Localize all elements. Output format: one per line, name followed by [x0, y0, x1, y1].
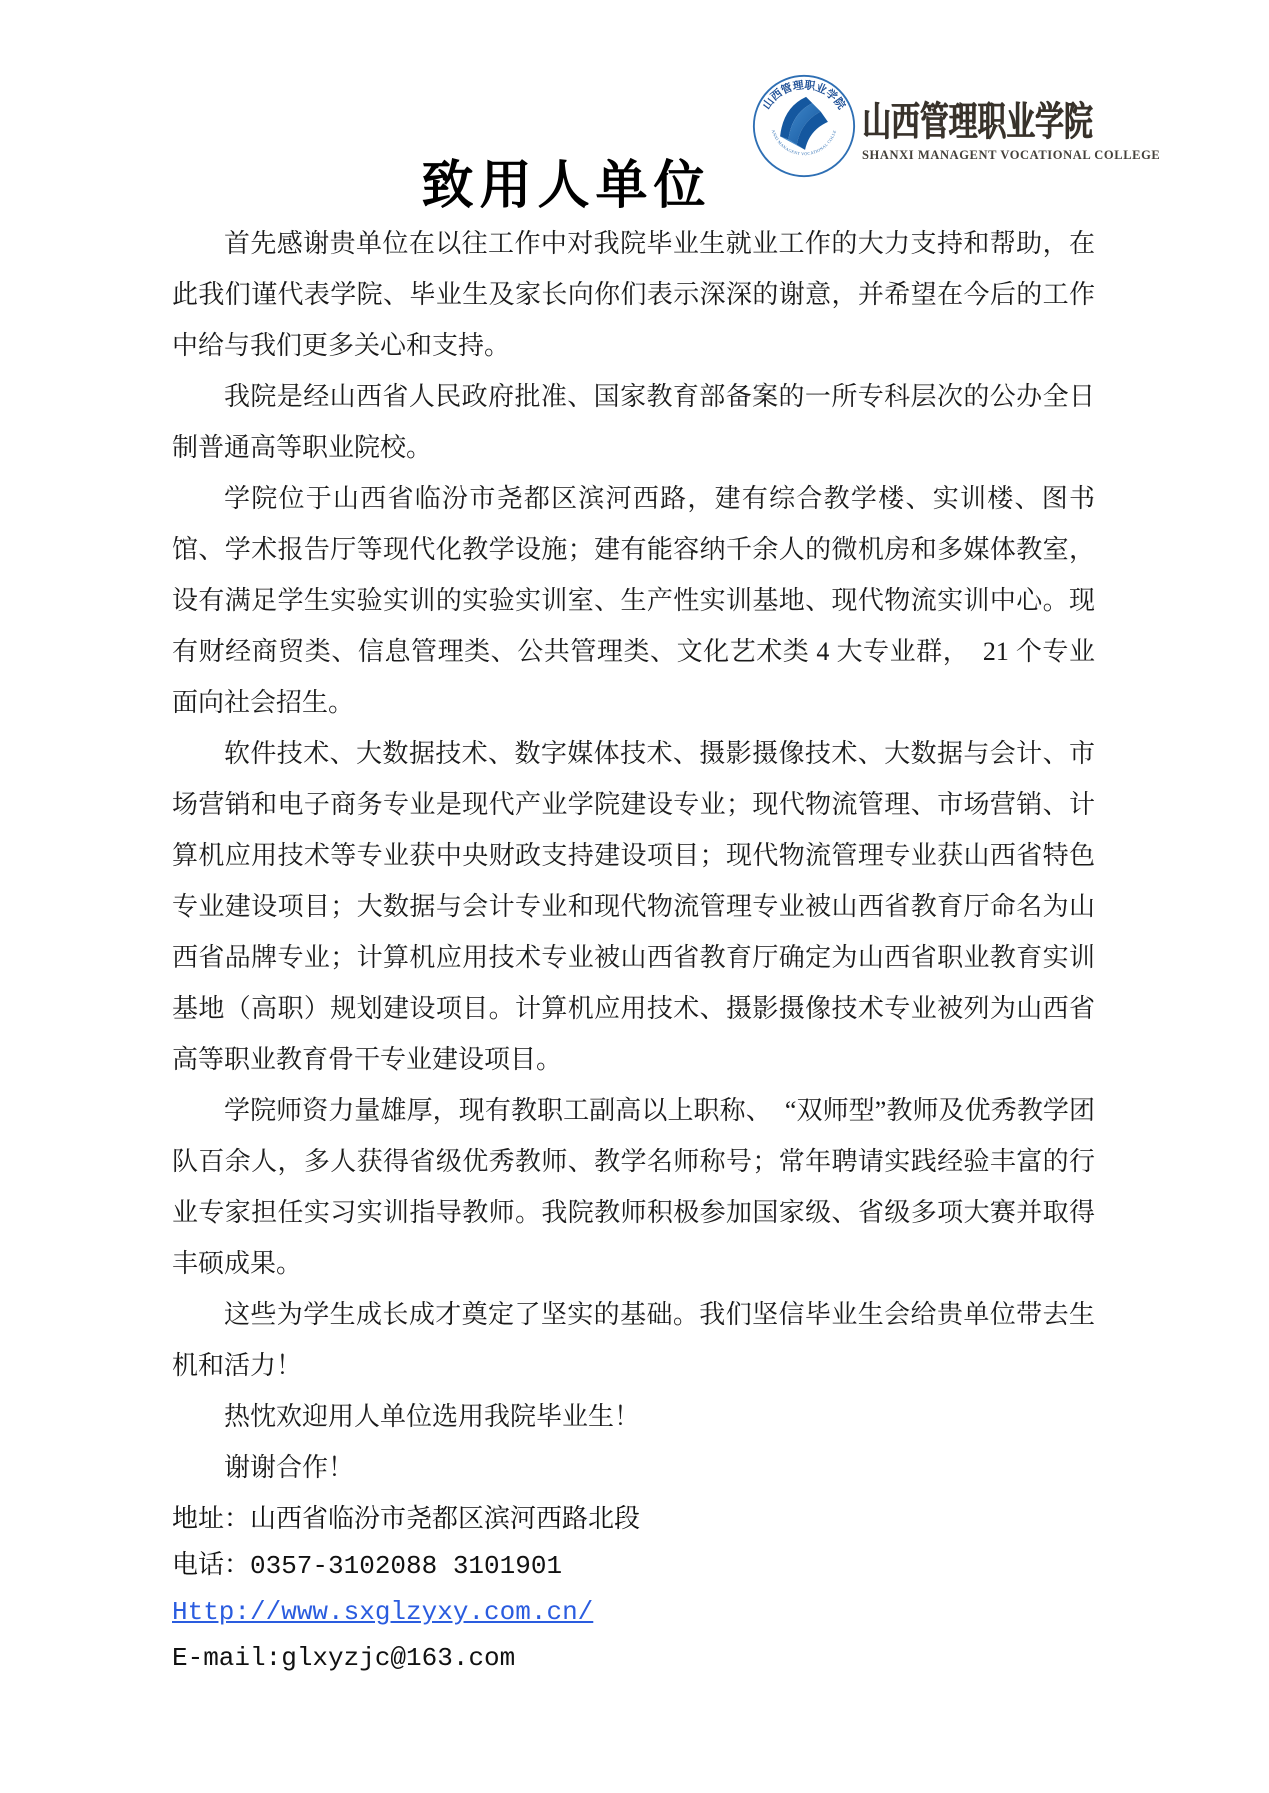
paragraph-college-status: 我院是经山西省人民政府批准、国家教育部备案的一所专科层次的公办全日制普通高等职业…	[172, 371, 1095, 473]
paragraph-campus-facilities: 学院位于山西省临汾市尧都区滨河西路，建有综合教学楼、实训楼、图书馆、学术报告厅等…	[172, 473, 1095, 728]
college-name-calligraphy: 山西管理职业学院	[862, 90, 1031, 147]
paragraph-faculty: 学院师资力量雄厚，现有教职工副高以上职称、 “双师型”教师及优秀教学团队百余人，…	[172, 1085, 1095, 1289]
email-line: E-mail:glxyzjc@163.com	[172, 1635, 1269, 1681]
address-line: 地址：山西省临汾市尧都区滨河西路北段	[172, 1497, 1269, 1543]
college-name-block: 山西管理职业学院 SHANXI MANAGENT VOCATIONAL COLL…	[862, 90, 1097, 163]
paragraph-thank-you: 谢谢合作！	[172, 1442, 1095, 1493]
page-title: 致用人单位	[0, 156, 1201, 218]
letter-body: 首先感谢贵单位在以往工作中对我院毕业生就业工作的大力支持和帮助，在此我们谨代表学…	[172, 218, 1095, 1493]
contact-info: 地址：山西省临汾市尧都区滨河西路北段 电话：0357-3102088 31019…	[172, 1497, 1269, 1681]
paragraph-thanks: 首先感谢贵单位在以往工作中对我院毕业生就业工作的大力支持和帮助，在此我们谨代表学…	[172, 218, 1095, 371]
website-link[interactable]: Http://www.sxglzyxy.com.cn/	[172, 1597, 593, 1627]
paragraph-major-programs: 软件技术、大数据技术、数字媒体技术、摄影摄像技术、大数据与会计、市场营销和电子商…	[172, 728, 1095, 1085]
paragraph-welcome: 热忱欢迎用人单位选用我院毕业生！	[172, 1391, 1095, 1442]
document-page: 山西管理职业学院 SHANXI MANAGENT VOCATIONAL COLL…	[0, 0, 1269, 1793]
phone-line: 电话：0357-3102088 3101901	[172, 1543, 1269, 1589]
paragraph-foundation: 这些为学生成长成才奠定了坚实的基础。我们坚信毕业生会给贵单位带去生机和活力！	[172, 1289, 1095, 1391]
